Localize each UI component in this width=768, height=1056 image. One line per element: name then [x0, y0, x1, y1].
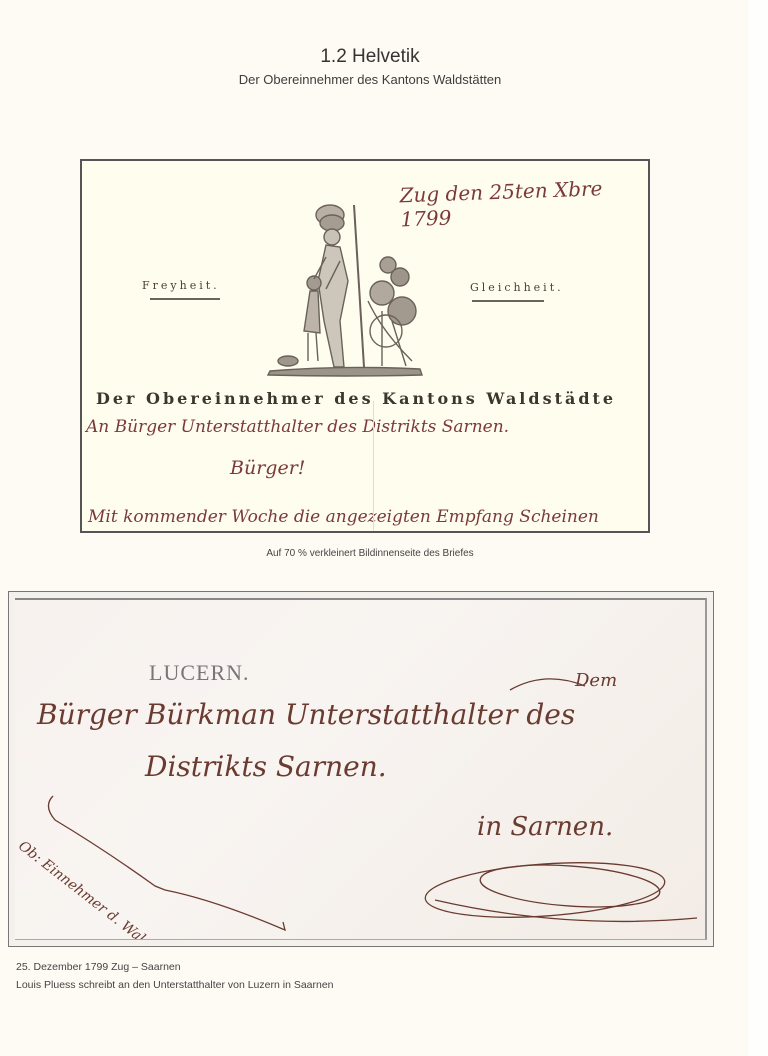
page-title: 1.2 Helvetik	[0, 46, 740, 68]
caption-envelope-description: Louis Pluess schreibt an den Unterstatth…	[16, 976, 334, 994]
envelope-frame: LUCERN. Dem Bürger Bürkman Unterstatthal…	[8, 591, 714, 947]
fold-line	[373, 401, 374, 533]
letter-body-line: Mit kommender Woche die angezeigten Empf…	[88, 507, 599, 527]
woodcut-soldier-with-child-icon	[82, 161, 650, 533]
letter-salutation: Bürger!	[230, 457, 305, 479]
page-subtitle: Der Obereinnehmer des Kantons Waldstätte…	[0, 72, 740, 87]
letter-inner-image: Zug den 25ten Xbre 1799 Freyheit. Gleich…	[80, 159, 650, 533]
letter-addressee-line: An Bürger Unterstatthalter des Distrikts…	[86, 417, 509, 437]
signature-flourish-icon	[15, 600, 707, 940]
letterhead-title: Der Obereinnehmer des Kantons Waldstädte	[96, 389, 616, 408]
page-edge	[748, 0, 768, 1056]
caption-envelope-date: 25. Dezember 1799 Zug – Saarnen	[16, 958, 334, 976]
envelope-image: LUCERN. Dem Bürger Bürkman Unterstatthal…	[15, 598, 707, 940]
caption-envelope: 25. Dezember 1799 Zug – Saarnen Louis Pl…	[16, 958, 334, 994]
caption-inner-image: Auf 70 % verkleinert Bildinnenseite des …	[0, 548, 740, 559]
